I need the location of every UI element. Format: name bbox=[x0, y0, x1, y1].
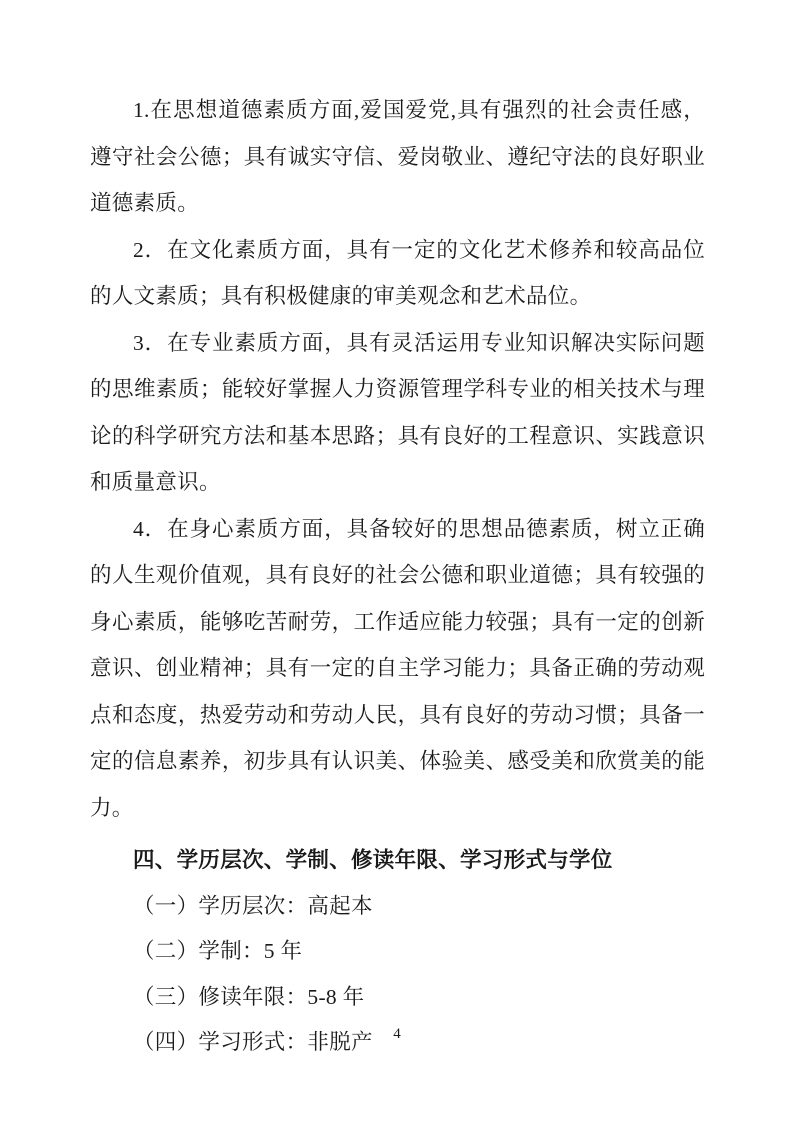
document-content: 1.在思想道德素质方面,爱国爱党,具有强烈的社会责任感，遵守社会公德；具有诚实守… bbox=[90, 87, 705, 1066]
paragraph-ideological-moral-quality: 1.在思想道德素质方面,爱国爱党,具有强烈的社会责任感，遵守社会公德；具有诚实守… bbox=[90, 87, 705, 227]
paragraph-physical-mental-quality: 4．在身心素质方面，具备较好的思想品德素质，树立正确的人生观价值观，具有良好的社… bbox=[90, 506, 705, 832]
paragraph-cultural-quality: 2．在文化素质方面，具有一定的文化艺术修养和较高品位的人文素质；具有积极健康的审… bbox=[90, 227, 705, 320]
list-item-study-duration: （三）修读年限：5-8 年 bbox=[90, 975, 705, 1021]
list-item-education-level: （一）学历层次：高起本 bbox=[90, 884, 705, 930]
document-page: 1.在思想道德素质方面,爱国爱党,具有强烈的社会责任感，遵守社会公德；具有诚实守… bbox=[0, 0, 794, 1122]
page-number: 4 bbox=[0, 1026, 794, 1043]
list-item-schooling-length: （二）学制：5 年 bbox=[90, 929, 705, 975]
paragraph-professional-quality: 3．在专业素质方面，具有灵活运用专业知识解决实际问题的思维素质；能较好掌握人力资… bbox=[90, 320, 705, 506]
section-heading-degree-info: 四、学历层次、学制、修读年限、学习形式与学位 bbox=[90, 838, 705, 884]
